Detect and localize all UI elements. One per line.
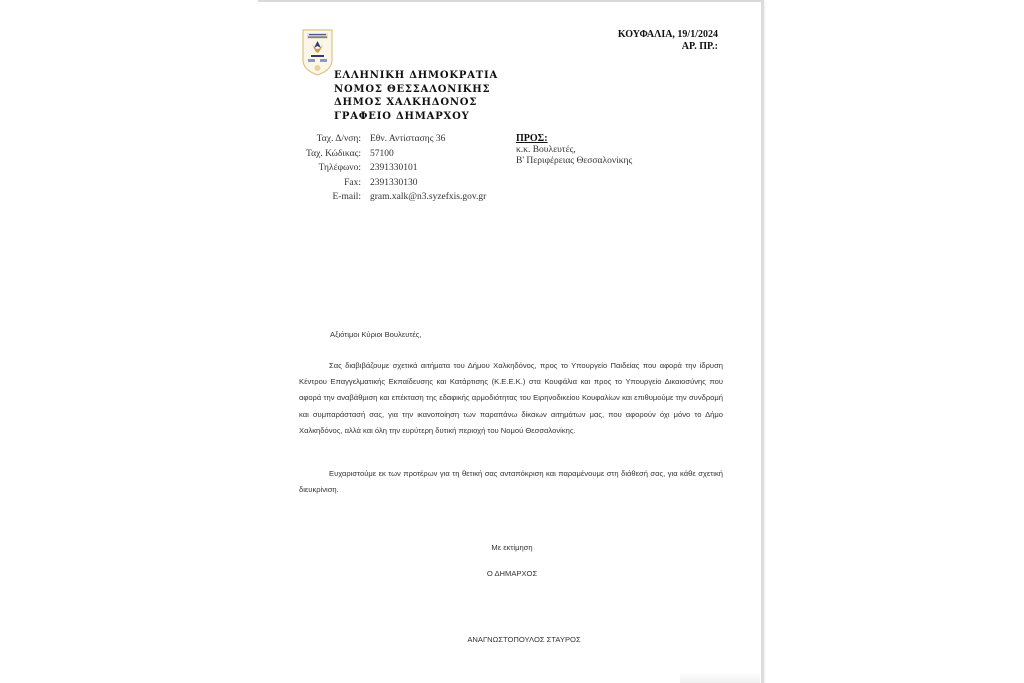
contact-row: Fax: 2391330130: [300, 176, 486, 191]
contact-label: Τηλέφωνο:: [300, 161, 370, 176]
body-paragraph: Σας διαβιβάζουμε σχετικά αιτήματα του Δή…: [299, 358, 723, 439]
date-block: ΚΟΥΦΑΛΙΑ, 19/1/2024 ΑΡ. ΠΡ.:: [618, 29, 718, 53]
letterhead-line: ΝΟΜΟΣ ΘΕΣΣΑΛΟΝΙΚΗΣ: [334, 83, 498, 97]
contact-value: Εθν. Αντίστασης 36: [370, 132, 445, 147]
contact-label: E-mail:: [300, 190, 370, 205]
letterhead-line: ΓΡΑΦΕΙΟ ΔΗΜΑΡΧΟΥ: [334, 110, 498, 124]
contact-value: gram.xalk@n3.syzefxis.gov.gr: [370, 190, 486, 205]
contact-row: Τηλέφωνο: 2391330101: [300, 161, 486, 176]
contact-value: 2391330101: [370, 161, 418, 176]
letterhead-line: ΕΛΛΗΝΙΚΗ ΔΗΜΟΚΡΑΤΙΑ: [334, 69, 498, 83]
protocol-number: ΑΡ. ΠΡ.:: [618, 41, 718, 53]
recipient-line: Β' Περιφέρειας Θεσσαλονίκης: [516, 156, 632, 168]
contact-label: Ταχ. Δ/νση:: [300, 132, 370, 147]
salutation: Αξιότιμοι Κύριοι Βουλευτές,: [330, 330, 422, 339]
recipient-line: κ.κ. Βουλευτές,: [516, 145, 632, 157]
contact-value: 57100: [370, 147, 394, 162]
date-line: ΚΟΥΦΑΛΙΑ, 19/1/2024: [618, 29, 718, 41]
contact-label: Fax:: [300, 176, 370, 191]
municipality-crest-icon: [301, 28, 334, 76]
contact-row: E-mail: gram.xalk@n3.syzefxis.gov.gr: [300, 190, 486, 205]
closing: Με εκτίμηση: [300, 543, 724, 552]
letterhead: ΕΛΛΗΝΙΚΗ ΔΗΜΟΚΡΑΤΙΑ ΝΟΜΟΣ ΘΕΣΣΑΛΟΝΙΚΗΣ Δ…: [334, 69, 498, 123]
recipient-title: ΠΡΟΣ:: [516, 133, 632, 145]
page-shadow: [680, 672, 760, 683]
body-paragraph: Ευχαριστούμε εκ των προτέρων για τη θετι…: [299, 466, 723, 498]
signer-name: ΑΝΑΓΝΩΣΤΟΠΟΥΛΟΣ ΣΤΑΥΡΟΣ: [312, 635, 736, 644]
contact-info: Ταχ. Δ/νση: Εθν. Αντίστασης 36 Ταχ. Κώδι…: [300, 132, 486, 205]
signatory-title: Ο ΔΗΜΑΡΧΟΣ: [300, 569, 724, 578]
contact-row: Ταχ. Κώδικας: 57100: [300, 147, 486, 162]
letterhead-line: ΔΗΜΟΣ ΧΑΛΚΗΔΟΝΟΣ: [334, 96, 498, 110]
contact-row: Ταχ. Δ/νση: Εθν. Αντίστασης 36: [300, 132, 486, 147]
contact-label: Ταχ. Κώδικας:: [300, 147, 370, 162]
recipient-block: ΠΡΟΣ: κ.κ. Βουλευτές, Β' Περιφέρειας Θεσ…: [516, 133, 632, 168]
contact-value: 2391330130: [370, 176, 418, 191]
